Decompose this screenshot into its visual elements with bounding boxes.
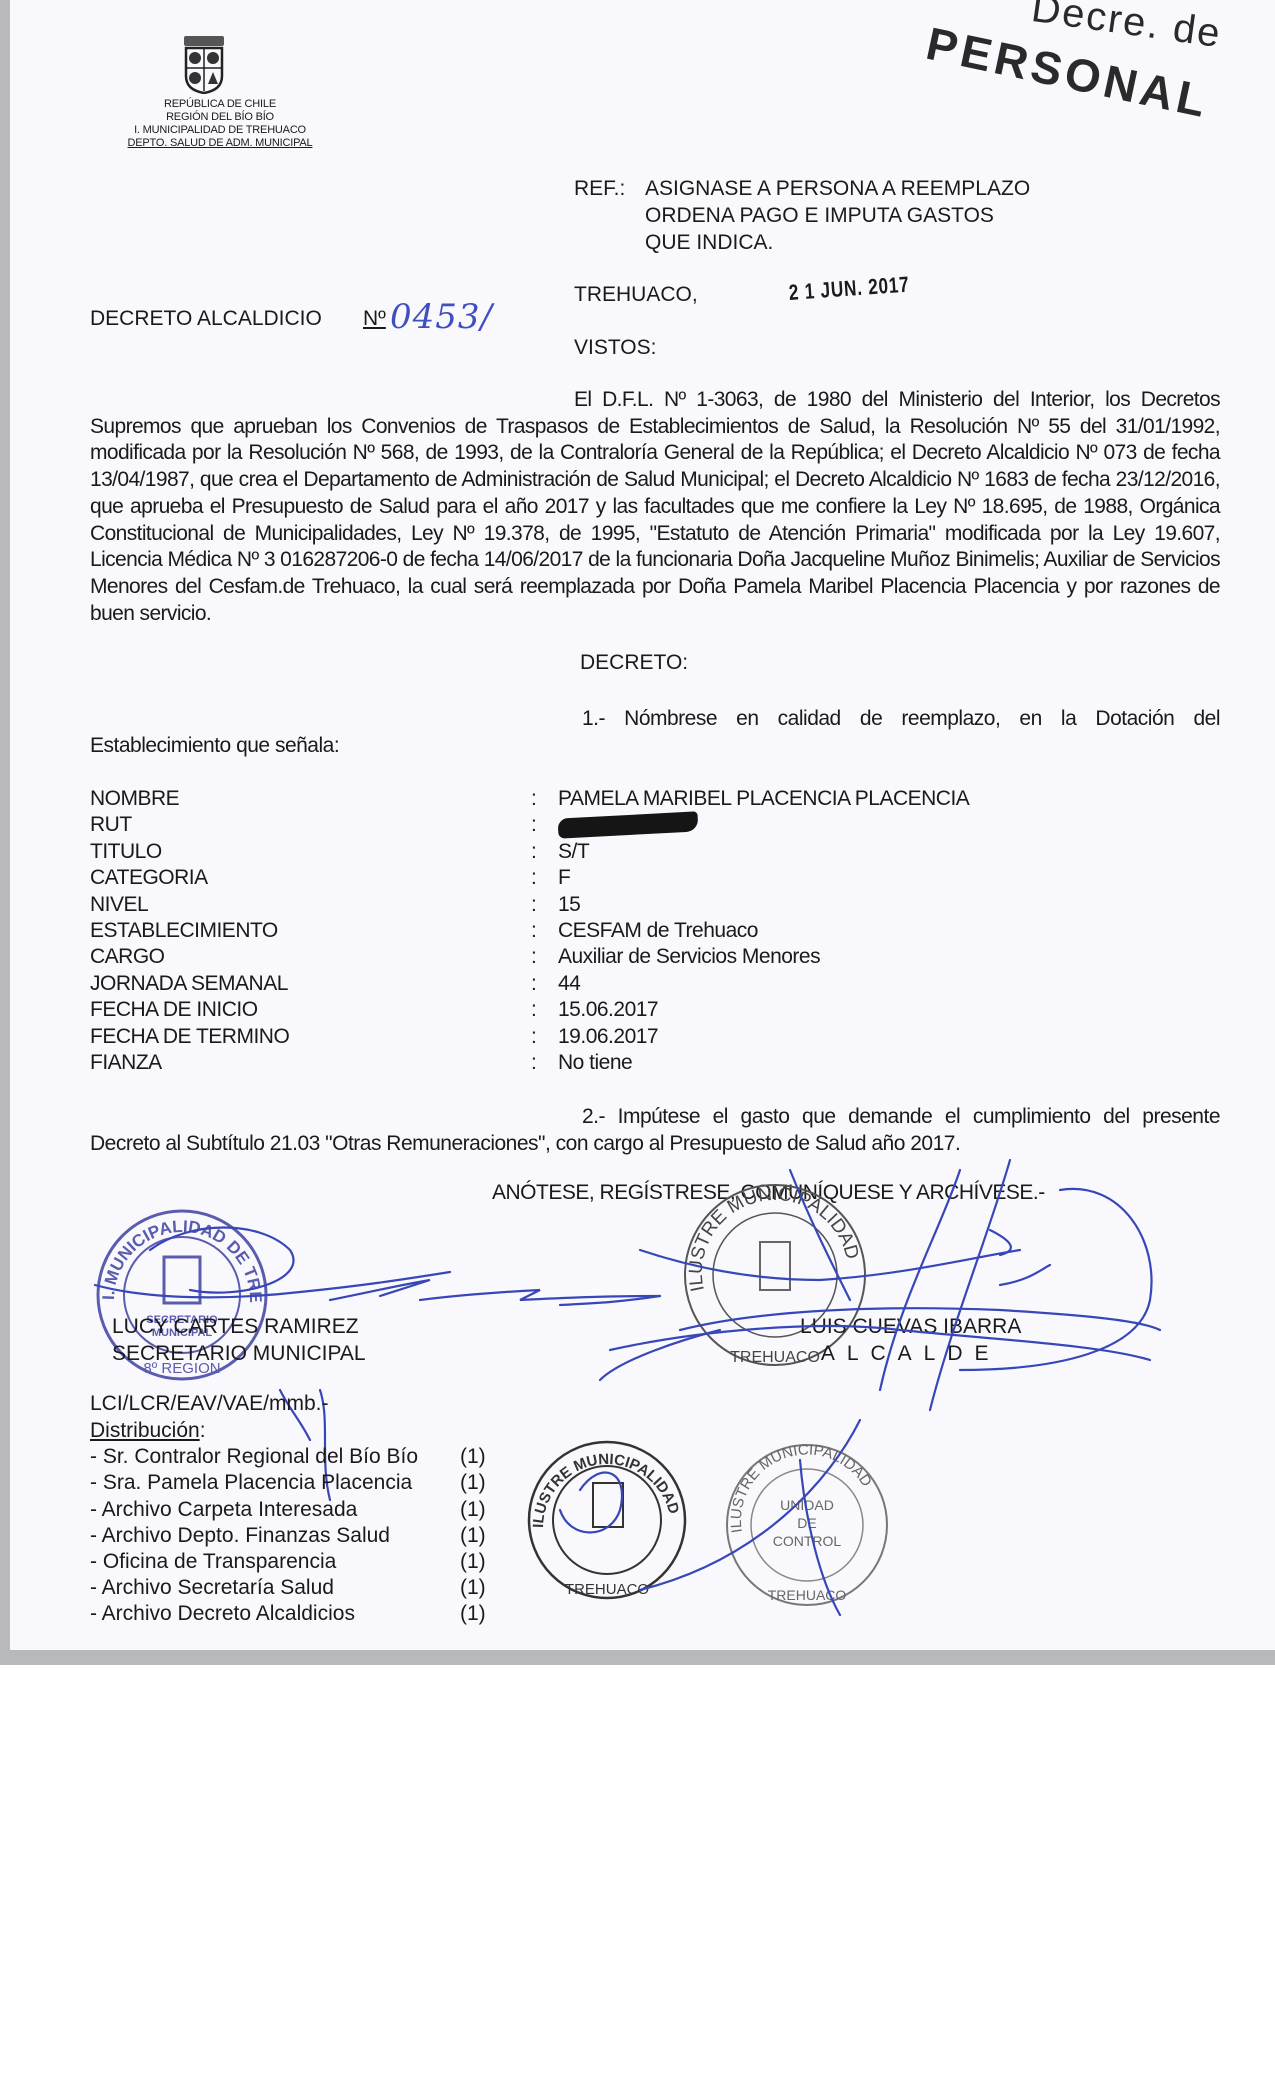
distribution-item: - Archivo Secretaría Salud(1) — [90, 1575, 418, 1601]
distribution-item: - Archivo Carpeta Interesada(1) — [90, 1497, 418, 1523]
copy-count: (1) — [460, 1523, 486, 1549]
distribution-item: - Oficina de Transparencia(1) — [90, 1549, 418, 1575]
copy-count: (1) — [460, 1497, 486, 1523]
copy-count: (1) — [460, 1601, 486, 1627]
recipient: - Sr. Contralor Regional del Bío Bío — [90, 1445, 418, 1468]
distribution-title: Distribución — [90, 1419, 200, 1442]
recipient: - Archivo Carpeta Interesada — [90, 1498, 357, 1521]
recipient: - Sra. Pamela Placencia Placencia — [90, 1471, 412, 1494]
recipient: - Archivo Depto. Finanzas Salud — [90, 1524, 390, 1547]
recipient: - Oficina de Transparencia — [90, 1550, 336, 1573]
distribution-item: - Archivo Depto. Finanzas Salud(1) — [90, 1523, 418, 1549]
distribution-item: - Sr. Contralor Regional del Bío Bío(1) — [90, 1444, 418, 1470]
recipient: - Archivo Decreto Alcaldicios — [90, 1602, 355, 1625]
distribution-item: - Archivo Decreto Alcaldicios(1) — [90, 1601, 418, 1627]
recipient: - Archivo Secretaría Salud — [90, 1576, 334, 1599]
distribution-item: - Sra. Pamela Placencia Placencia(1) — [90, 1470, 418, 1496]
copy-count: (1) — [460, 1470, 486, 1496]
copy-count: (1) — [460, 1444, 486, 1470]
copy-count: (1) — [460, 1575, 486, 1601]
typist-initials: LCI/LCR/EAV/VAE/mmb.- — [90, 1392, 328, 1416]
distribution-list: Distribución: - Sr. Contralor Regional d… — [90, 1418, 418, 1628]
copy-count: (1) — [460, 1549, 486, 1575]
